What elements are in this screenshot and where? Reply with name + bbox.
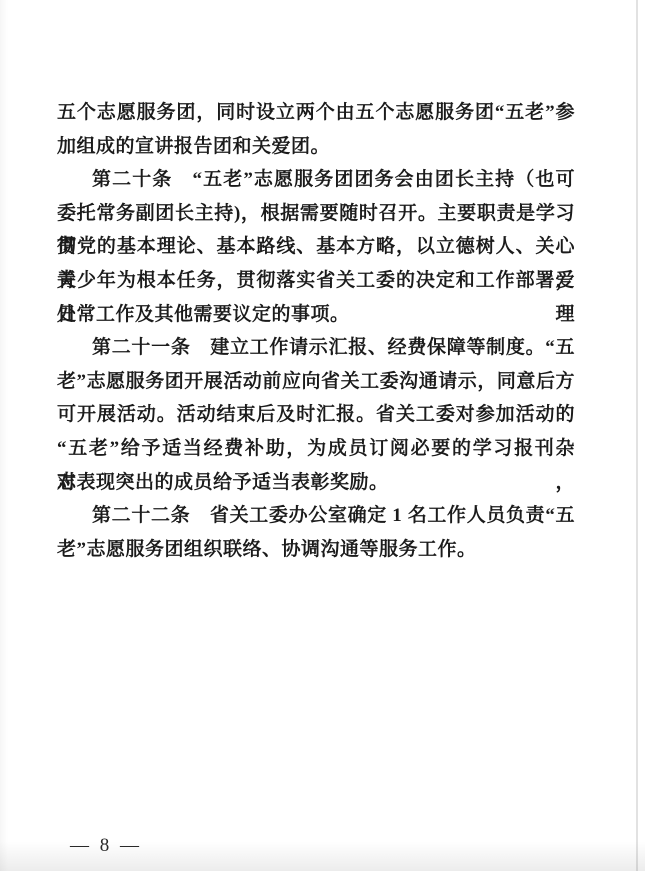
- scan-left-shade: [0, 0, 8, 871]
- document-body: 五个志愿服务团，同时设立两个由五个志愿服务团“五老”参加组成的宣讲报告团和关爱团…: [57, 96, 575, 566]
- scan-edge-shadow: [636, 0, 638, 871]
- text-line: 五个志愿服务团，同时设立两个由五个志愿服务团“五老”参: [57, 96, 575, 130]
- text-line: 可开展活动。活动结束后及时汇报。省关工委对参加活动的: [57, 398, 575, 432]
- text-line: 委托常务副团长主持)，根据需要随时召开。主要职责是学习贯: [57, 197, 575, 231]
- text-line: 彻党的基本理论、基本路线、基本方略，以立德树人、关心关爱: [57, 230, 575, 264]
- page-number: — 8 —: [70, 835, 142, 857]
- text-line: “五老”给予适当经费补助，为成员订阅必要的学习报刊杂志，: [57, 432, 575, 466]
- text-line: 加组成的宣讲报告团和关爱团。: [57, 130, 575, 164]
- text-line: 青少年为根本任务，贯彻落实省关工委的决定和工作部署，处理: [57, 264, 575, 298]
- text-line: 老”志愿服务团组织联络、协调沟通等服务工作。: [57, 533, 575, 567]
- text-line: 第二十二条 省关工委办公室确定 1 名工作人员负责“五: [57, 499, 575, 533]
- text-line: 第二十条 “五老”志愿服务团团务会由团长主持（也可: [57, 163, 575, 197]
- text-line: 第二十一条 建立工作请示汇报、经费保障等制度。“五: [57, 331, 575, 365]
- document-page: 五个志愿服务团，同时设立两个由五个志愿服务团“五老”参加组成的宣讲报告团和关爱团…: [0, 0, 645, 871]
- text-line: 老”志愿服务团开展活动前应向省关工委沟通请示，同意后方: [57, 365, 575, 399]
